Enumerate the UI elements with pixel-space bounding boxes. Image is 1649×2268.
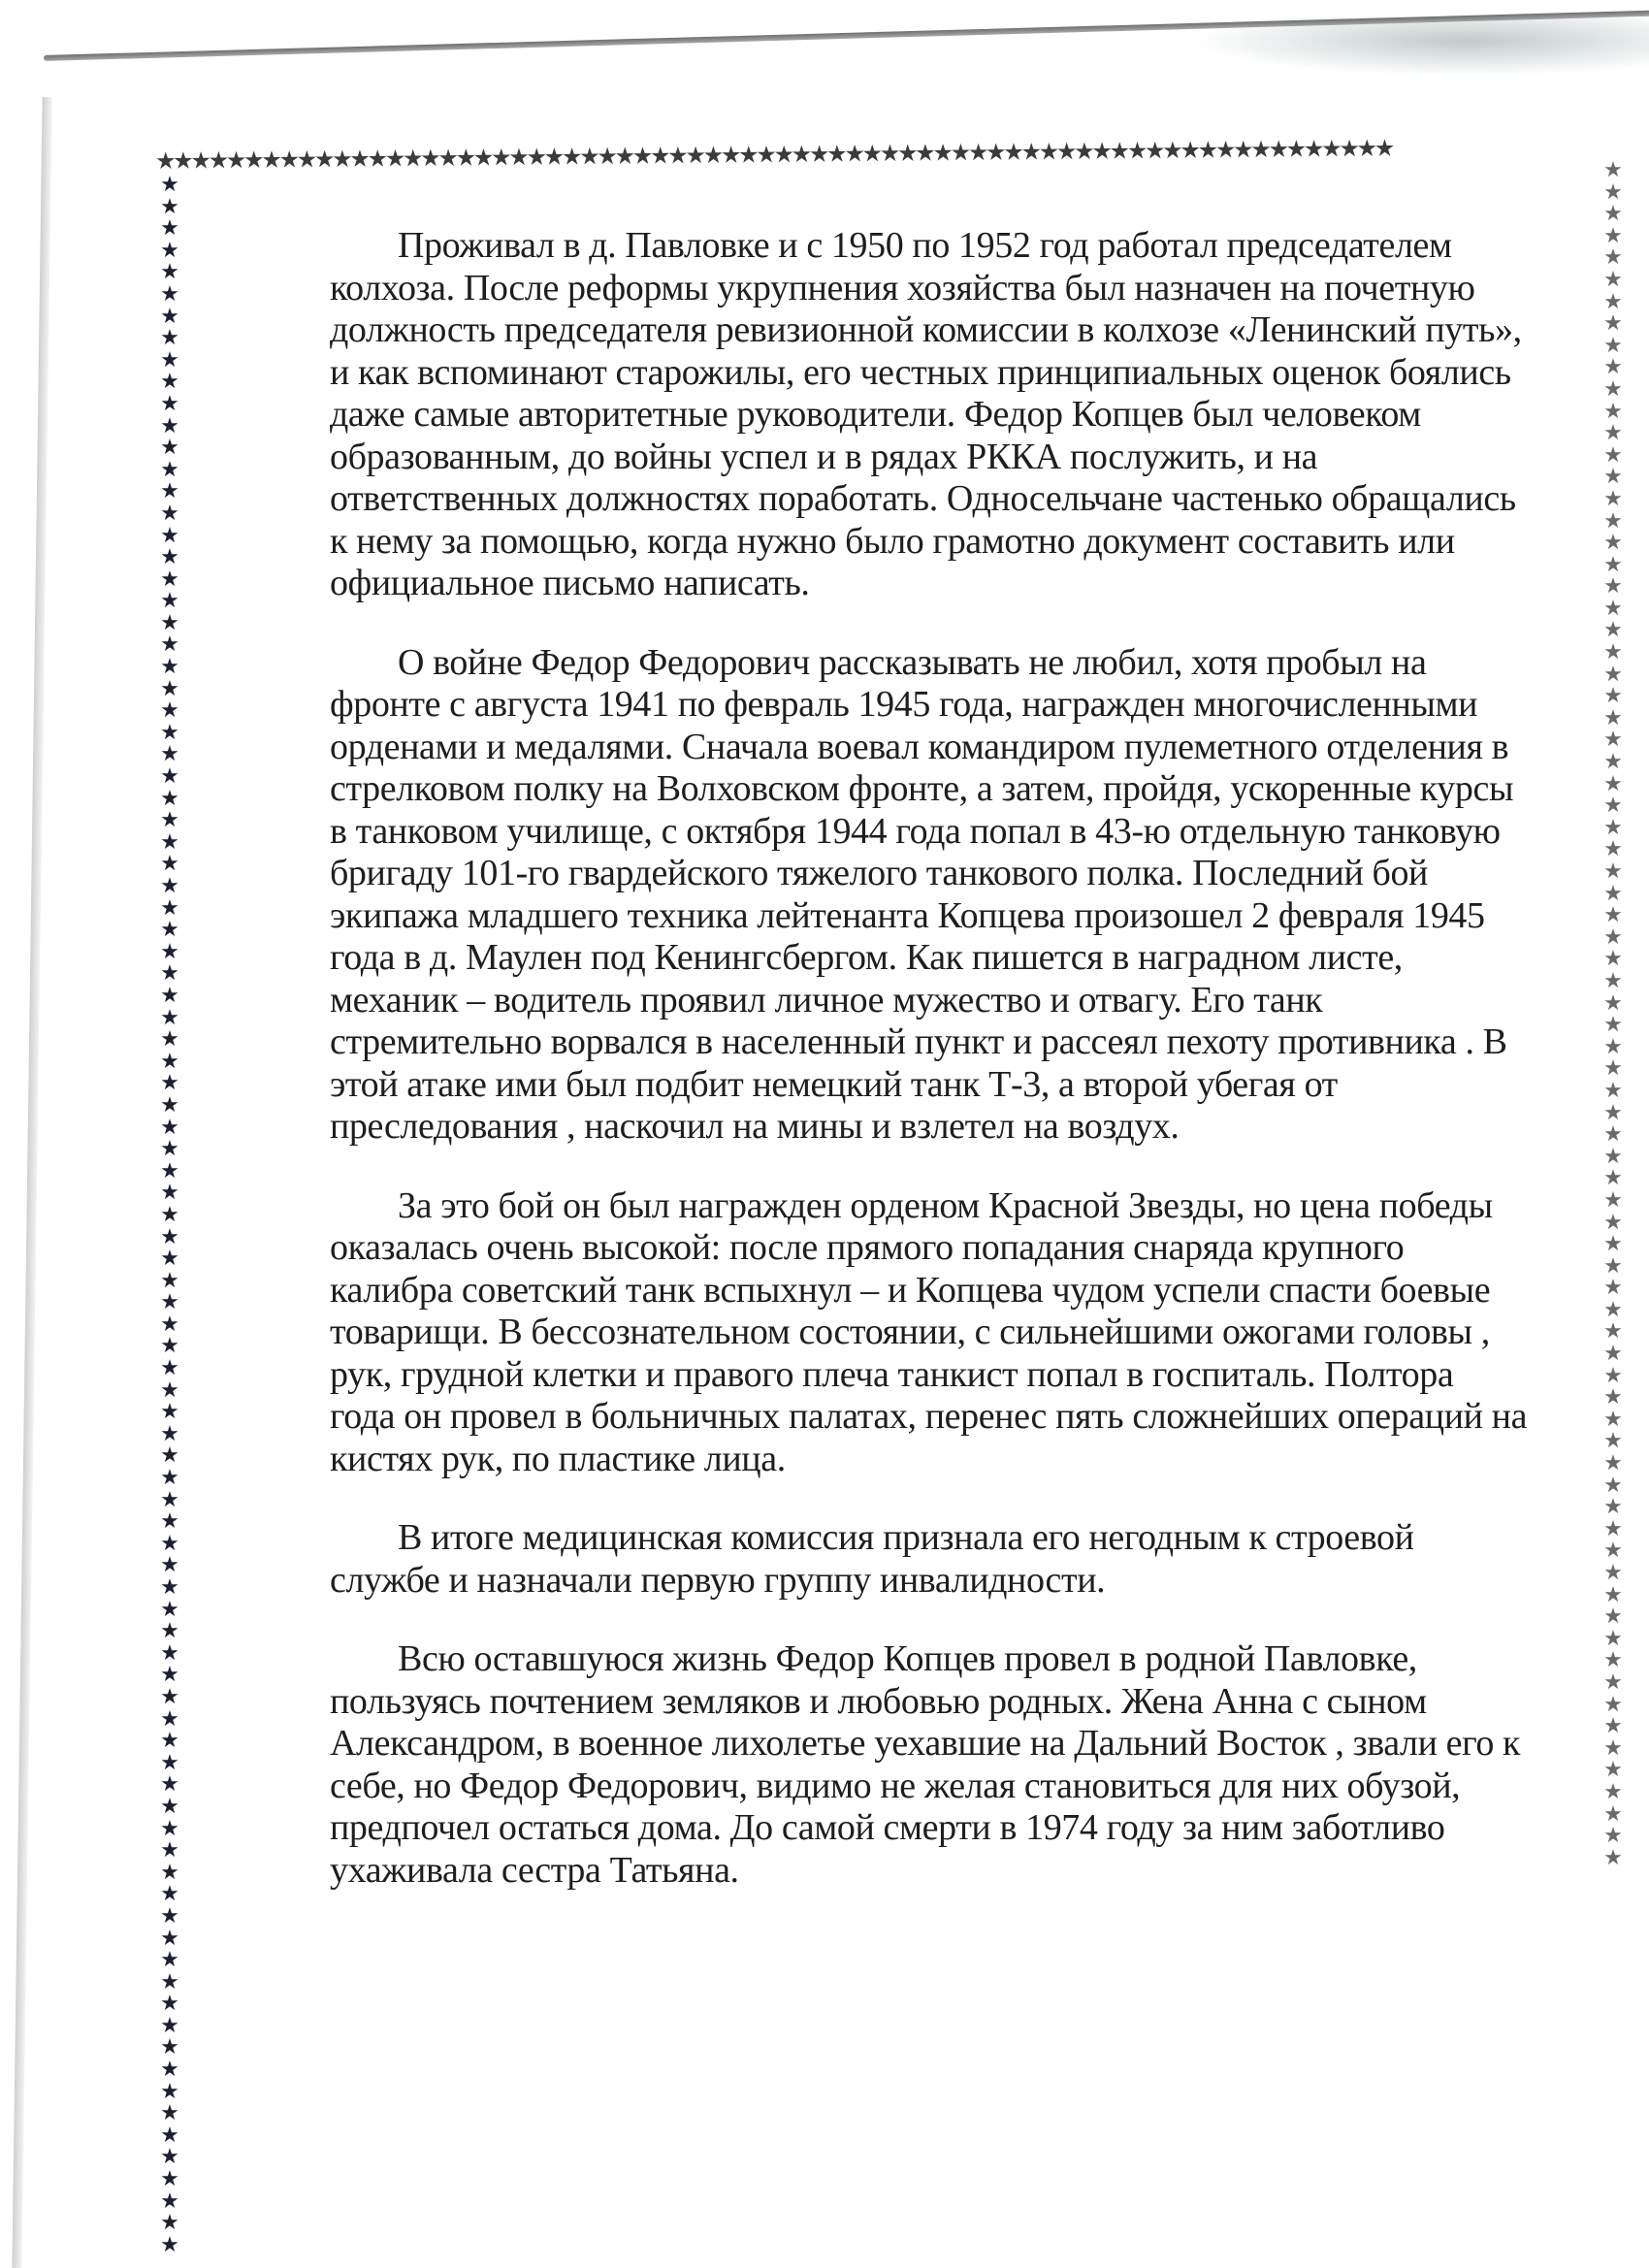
text-line: механик – водитель проявил личное мужест… <box>330 980 1620 1022</box>
star-border-top: ★★★★★★★★★★★★★★★★★★★★★★★★★★★★★★★★★★★★★★★★… <box>155 132 1610 177</box>
text-line: кистях рук, по пластике лица. <box>330 1439 1620 1481</box>
paragraph-2: О войне Федор Федорович рассказывать не … <box>330 642 1620 1149</box>
text-line: В итоге медицинская комиссия признала ег… <box>330 1517 1620 1560</box>
text-line: преследования , наскочил на мины и взлет… <box>330 1106 1620 1149</box>
text-line: службе и назначали первую группу инвалид… <box>330 1560 1620 1603</box>
text-line: ухаживала сестра Татьяна. <box>330 1850 1620 1893</box>
paragraph-1: Проживал в д. Павловке и с 1950 по 1952 … <box>330 225 1620 605</box>
text-line: Проживал в д. Павловке и с 1950 по 1952 … <box>330 225 1620 268</box>
text-line: О войне Федор Федорович рассказывать не … <box>330 642 1620 685</box>
text-line: и как вспоминают старожилы, его честных … <box>330 352 1620 395</box>
text-line: рук, грудной клетки и правого плеча танк… <box>330 1354 1620 1397</box>
text-line: калибра советский танк вспыхнул – и Копц… <box>330 1270 1620 1312</box>
star-border-left: ★★★★★★★★★★★★★★★★★★★★★★★★★★★★★★★★★★★★★★★★… <box>155 175 184 2260</box>
text-line: этой атаке ими был подбит немецкий танк … <box>330 1064 1620 1107</box>
text-line: к нему за помощью, когда нужно было грам… <box>330 521 1620 564</box>
text-line: Александром, в военное лихолетье уехавши… <box>330 1723 1620 1766</box>
text-line: пользуясь почтением земляков и любовью р… <box>330 1681 1620 1724</box>
text-line: ответственных должностях поработать. Одн… <box>330 478 1620 521</box>
text-line: в танковом училище, с октября 1944 года … <box>330 811 1620 854</box>
text-line: образованным, до войны успел и в рядах Р… <box>330 437 1620 479</box>
text-line: должность председателя ревизионной комис… <box>330 309 1620 352</box>
page-edge-left <box>12 97 51 2268</box>
paragraph-3: За это бой он был награжден орденом Крас… <box>330 1185 1620 1481</box>
text-line: даже самые авторитетные руководители. Фе… <box>330 394 1620 437</box>
text-line: Всю оставшуюся жизнь Федор Копцев провел… <box>330 1638 1620 1681</box>
text-line: товарищи. В бессознательном состоянии, с… <box>330 1312 1620 1354</box>
text-line: года он провел в больничных палатах, пер… <box>330 1396 1620 1439</box>
text-line: фронте с августа 1941 по февраль 1945 го… <box>330 684 1620 727</box>
text-line: экипажа младшего техника лейтенанта Копц… <box>330 895 1620 938</box>
text-line: предпочел остаться дома. До самой смерти… <box>330 1807 1620 1850</box>
text-line: колхоза. После реформы укрупнения хозяйс… <box>330 268 1620 310</box>
text-line: официальное письмо написать. <box>330 563 1620 605</box>
text-line: бригаду 101-го гвардейского тяжелого тан… <box>330 853 1620 895</box>
paragraph-5: Всю оставшуюся жизнь Федор Копцев провел… <box>330 1638 1620 1892</box>
text-line: года в д. Маулен под Кенингсбергом. Как … <box>330 937 1620 980</box>
text-line: стремительно ворвался в населенный пункт… <box>330 1021 1620 1064</box>
text-line: оказалась очень высокой: после прямого п… <box>330 1227 1620 1270</box>
text-line: орденами и медалями. Сначала воевал кома… <box>330 727 1620 769</box>
text-line: За это бой он был награжден орденом Крас… <box>330 1185 1620 1228</box>
text-line: себе, но Федор Федорович, видимо не жела… <box>330 1766 1620 1808</box>
text-line: стрелковом полку на Волховском фронте, а… <box>330 768 1620 811</box>
paragraph-4: В итоге медицинская комиссия признала ег… <box>330 1517 1620 1602</box>
document-body: Проживал в д. Павловке и с 1950 по 1952 … <box>330 225 1620 1928</box>
